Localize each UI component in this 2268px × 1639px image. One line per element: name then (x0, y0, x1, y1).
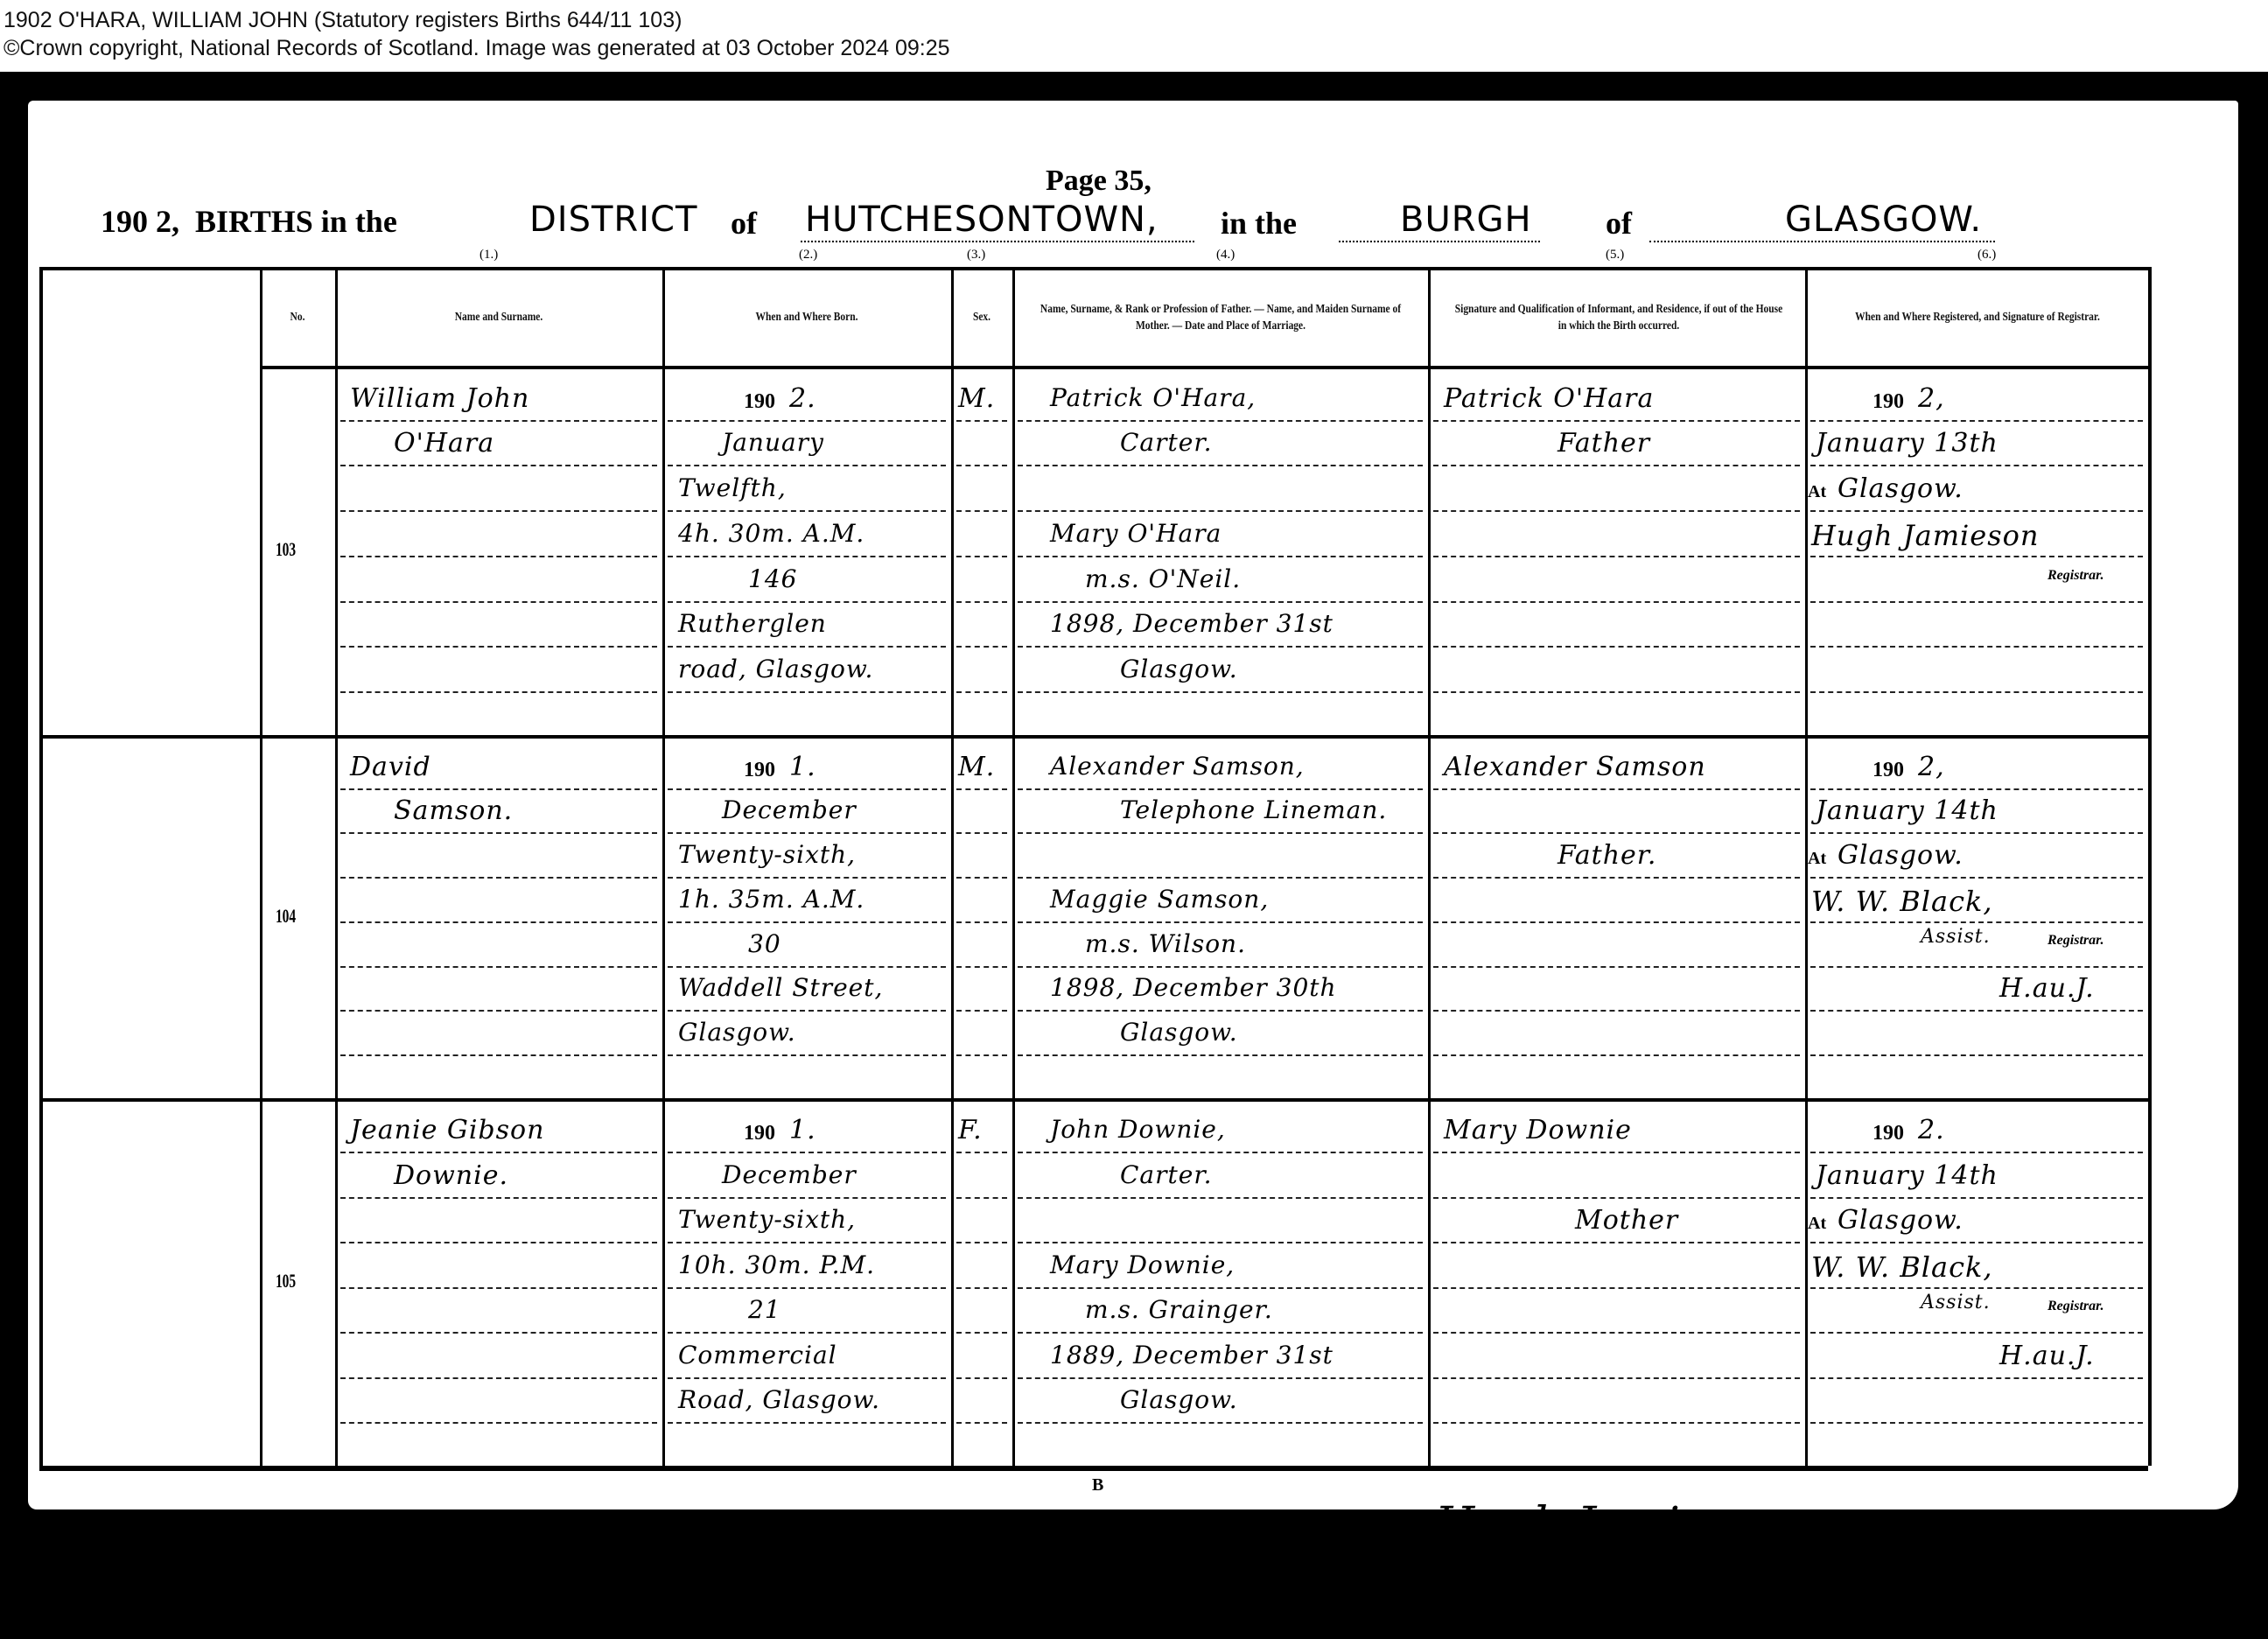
registrar-role: Registrar. (2047, 1299, 2103, 1314)
colnum-5: (5.) (1606, 248, 1624, 263)
ruled-line (1018, 556, 1423, 557)
informant-signature: Patrick O'Hara (1444, 383, 1654, 414)
parent-detail: m.s. Wilson. (1085, 929, 1246, 958)
ruled-line (340, 1242, 657, 1243)
registered-date: January 13th (1816, 428, 1998, 459)
parent-detail: Alexander Samson, (1050, 752, 1305, 781)
ruled-line (1433, 832, 1800, 834)
birth-detail: January (722, 428, 824, 457)
ruled-line (668, 832, 946, 834)
ruled-line (340, 420, 657, 422)
burgh-name: GLASGOW. (1785, 200, 1982, 240)
registered-at-label: At (1808, 482, 1826, 502)
ruled-line (1433, 966, 1800, 968)
footer-mark: B (1092, 1475, 1103, 1495)
ruled-line (1810, 1010, 2143, 1012)
ruled-line (1433, 1332, 1800, 1334)
ruled-line (340, 465, 657, 466)
child-name: Downie. (394, 1160, 508, 1191)
ruled-line (1018, 1377, 1423, 1379)
registrar-label: Registrar. (1969, 1518, 2040, 1538)
registered-year-printed: 190 (1872, 390, 1904, 414)
table-top-rule (39, 267, 2148, 270)
column-rule (1428, 267, 1431, 1466)
registered-year-printed: 190 (1872, 759, 1904, 782)
registrar-signature: W. W. Black, (1811, 1250, 1993, 1284)
parent-detail: John Downie, (1050, 1115, 1226, 1144)
ruled-line (956, 601, 1007, 603)
ruled-line (668, 1377, 946, 1379)
registrar-signature: Hugh Jamieson, (1435, 1498, 1802, 1551)
ruled-line (1433, 1242, 1800, 1243)
sex: F. (958, 1115, 983, 1145)
ruled-line (340, 832, 657, 834)
informant-signature: Mary Downie (1444, 1115, 1632, 1145)
ruled-line (1433, 556, 1800, 557)
ruled-line (1018, 1332, 1423, 1334)
ruled-line (1810, 788, 2143, 790)
header-sex: Sex. (956, 271, 1006, 363)
birth-detail: road, Glasgow. (678, 655, 873, 683)
informant-signature: Alexander Samson (1444, 752, 1706, 782)
column-rule (335, 267, 338, 1466)
ruled-line (956, 691, 1007, 693)
ruled-line (1810, 877, 2143, 879)
colnum-1: (1.) (479, 248, 498, 263)
ruled-line (668, 1054, 946, 1056)
ruled-line (1810, 1242, 2143, 1243)
column-rule (260, 267, 262, 1466)
entry-number: 105 (276, 1270, 296, 1292)
ruled-line (1433, 1010, 1800, 1012)
ruled-line (668, 1422, 946, 1424)
ruled-line (340, 788, 657, 790)
ruled-line (1018, 1197, 1423, 1199)
parent-detail: Patrick O'Hara, (1050, 383, 1256, 412)
ruled-line (1433, 601, 1800, 603)
birth-year-written: 2. (789, 383, 816, 414)
informant-qualification: Mother (1575, 1205, 1678, 1236)
birth-year-written: 1. (789, 752, 816, 782)
ruled-line (956, 1332, 1007, 1334)
parent-detail: Glasgow. (1120, 655, 1238, 683)
registrar-signature: Hugh Jamieson (1811, 519, 2040, 552)
column-rule (951, 267, 954, 1466)
ruled-line (956, 1422, 1007, 1424)
page-number: Page 35, (1046, 165, 1151, 198)
child-name: Samson. (394, 795, 513, 826)
ruled-line (956, 420, 1007, 422)
child-name: David (350, 752, 431, 782)
ruled-line (1810, 921, 2143, 923)
registered-year-printed: 190 (1872, 1122, 1904, 1145)
birth-detail: Rutherglen (678, 609, 827, 638)
birth-detail: Twenty-sixth, (678, 840, 856, 869)
registered-year-written: 2, (1918, 383, 1945, 414)
parent-detail: Glasgow. (1120, 1018, 1238, 1047)
registered-date: January 14th (1816, 795, 1998, 826)
registered-year-written: 2. (1918, 1115, 1945, 1145)
ruled-line (956, 556, 1007, 557)
registrar-initials: H.au.J. (1999, 973, 2095, 1004)
header-registered: When and Where Registered, and Signature… (1834, 271, 2121, 363)
birth-year-written: 1. (789, 1115, 816, 1145)
parent-detail: Carter. (1120, 428, 1213, 457)
row-divider (39, 735, 2148, 739)
ruled-line (340, 1332, 657, 1334)
registrar-role: Registrar. (2047, 568, 2103, 584)
ruled-line (340, 1422, 657, 1424)
district-name: HUTCHESONTOWN, (805, 200, 1158, 240)
parent-detail: Mary O'Hara (1050, 519, 1221, 548)
ruled-line (1810, 556, 2143, 557)
ruled-line (1810, 1377, 2143, 1379)
ruled-line (956, 646, 1007, 648)
in-the-label: in the (1221, 205, 1297, 242)
ruled-line (1018, 788, 1423, 790)
ruled-line (956, 1287, 1007, 1289)
registered-year-written: 2, (1918, 752, 1945, 782)
ruled-line (956, 788, 1007, 790)
ruled-line (340, 921, 657, 923)
ruled-line (340, 1152, 657, 1153)
parent-detail: Telephone Lineman. (1120, 795, 1387, 824)
ruled-line (1018, 832, 1423, 834)
birth-detail: 21 (748, 1295, 781, 1324)
informant-qualification: Father (1557, 428, 1650, 459)
ruled-line (668, 1197, 946, 1199)
ruled-line (668, 420, 946, 422)
ruled-line (668, 966, 946, 968)
entry-number: 103 (276, 538, 296, 561)
ruled-line (340, 877, 657, 879)
ruled-line (1018, 465, 1423, 466)
ruled-line (668, 1287, 946, 1289)
ruled-line (668, 1152, 946, 1153)
birth-year-printed: 190 (744, 1122, 775, 1145)
ruled-line (1810, 1332, 2143, 1334)
ruled-line (668, 1010, 946, 1012)
ruled-line (1810, 465, 2143, 466)
header-no: No. (267, 271, 329, 363)
ruled-line (668, 788, 946, 790)
birth-detail: Twenty-sixth, (678, 1205, 856, 1234)
ruled-line (956, 832, 1007, 834)
birth-detail: 30 (748, 929, 781, 958)
ruled-line (1433, 1422, 1800, 1424)
registrar-role-written: Assist. (1921, 1292, 1991, 1313)
ruled-line (340, 1377, 657, 1379)
column-rule (2148, 267, 2152, 1466)
of-label-2: of (1606, 205, 1632, 242)
ruled-line (340, 601, 657, 603)
row-divider (39, 1098, 2148, 1102)
ruled-line (340, 691, 657, 693)
ruled-line (1433, 921, 1800, 923)
parent-detail: 1889, December 31st (1050, 1341, 1333, 1369)
birth-detail: Road, Glasgow. (678, 1385, 880, 1414)
ruled-line (668, 646, 946, 648)
colnum-6: (6.) (1977, 248, 1996, 263)
ruled-line (668, 1242, 946, 1243)
registrar-initials: H.au.J. (1999, 1341, 2095, 1371)
birth-year-printed: 190 (744, 759, 775, 782)
parent-detail: m.s. O'Neil. (1085, 564, 1241, 593)
ruled-line (1810, 1197, 2143, 1199)
ruled-line (1018, 966, 1423, 968)
ruled-line (956, 877, 1007, 879)
sex: M. (958, 383, 995, 414)
header-born: When and Where Born. (689, 271, 926, 363)
ruled-line (1018, 877, 1423, 879)
ruled-line (668, 877, 946, 879)
district-underline (801, 241, 1194, 242)
ruled-line (1433, 1152, 1800, 1153)
ruled-line (956, 1010, 1007, 1012)
ruled-line (668, 556, 946, 557)
registered-date: January 14th (1816, 1160, 1998, 1191)
ruled-line (1018, 1422, 1423, 1424)
ruled-line (956, 1377, 1007, 1379)
ruled-line (956, 510, 1007, 512)
parent-detail: 1898, December 31st (1050, 609, 1333, 638)
sex: M. (958, 752, 995, 782)
burgh-name-underline (1649, 241, 1995, 242)
colnum-4: (4.) (1216, 248, 1235, 263)
informant-qualification: Father. (1557, 840, 1656, 871)
ruled-line (1433, 1054, 1800, 1056)
ruled-line (668, 465, 946, 466)
burgh-label: BURGH (1400, 200, 1532, 240)
registrar-role: Registrar. (2047, 933, 2103, 949)
ruled-line (668, 510, 946, 512)
ruled-line (956, 966, 1007, 968)
header-name: Name and Surname. (365, 271, 633, 363)
colnum-3: (3.) (967, 248, 985, 263)
ruled-line (1433, 1377, 1800, 1379)
birth-detail: December (722, 1160, 857, 1189)
child-name: Jeanie Gibson (350, 1115, 544, 1145)
ruled-line (1433, 788, 1800, 790)
ruled-line (1018, 1054, 1423, 1056)
ruled-line (340, 1287, 657, 1289)
ruled-line (1018, 1010, 1423, 1012)
ruled-line (340, 556, 657, 557)
ruled-line (340, 1010, 657, 1012)
child-name: O'Hara (394, 428, 494, 459)
burgh-underline (1339, 241, 1540, 242)
column-rule (662, 267, 665, 1466)
ruled-line (1810, 646, 2143, 648)
ruled-line (1810, 832, 2143, 834)
ruled-line (1018, 1242, 1423, 1243)
ruled-line (1433, 510, 1800, 512)
parent-detail: Glasgow. (1120, 1385, 1238, 1414)
column-rule (1012, 267, 1015, 1466)
header-informant: Signature and Qualification of Informant… (1453, 271, 1783, 363)
ruled-line (1018, 1287, 1423, 1289)
column-rule (39, 267, 43, 1466)
ruled-line (1018, 691, 1423, 693)
ruled-line (1810, 1422, 2143, 1424)
ruled-line (1018, 510, 1423, 512)
birth-year-printed: 190 (744, 390, 775, 414)
birth-detail: December (722, 795, 857, 824)
colnum-2: (2.) (799, 248, 817, 263)
registered-place: Glasgow. (1837, 1205, 1963, 1236)
ruled-line (340, 510, 657, 512)
ruled-line (340, 1197, 657, 1199)
table-bottom-rule (39, 1466, 2148, 1471)
ruled-line (1810, 510, 2143, 512)
registrar-role-written: Assist. (1921, 926, 1991, 948)
birth-detail: Glasgow. (678, 1018, 796, 1047)
register-year: 190 2, BIRTHS in the (101, 203, 397, 240)
parent-detail: Mary Downie, (1050, 1250, 1235, 1279)
ruled-line (1018, 601, 1423, 603)
ruled-line (956, 1242, 1007, 1243)
parent-detail: 1898, December 30th (1050, 973, 1337, 1002)
ruled-line (956, 1054, 1007, 1056)
ruled-line (1433, 646, 1800, 648)
record-title: 1902 O'HARA, WILLIAM JOHN (Statutory reg… (3, 7, 682, 33)
copyright-notice: ©Crown copyright, National Records of Sc… (3, 35, 950, 61)
ruled-line (1433, 420, 1800, 422)
registered-place: Glasgow. (1837, 473, 1963, 504)
header-parents: Name, Surname, & Rank or Profession of F… (1038, 271, 1403, 363)
birth-detail: 10h. 30m. P.M. (678, 1250, 875, 1279)
ruled-line (1810, 1054, 2143, 1056)
ruled-line (340, 966, 657, 968)
ruled-line (1810, 1152, 2143, 1153)
ruled-line (956, 1197, 1007, 1199)
ruled-line (340, 1054, 657, 1056)
parent-detail: Maggie Samson, (1050, 885, 1269, 914)
parent-detail: m.s. Grainger. (1085, 1295, 1273, 1324)
birth-detail: 146 (748, 564, 797, 593)
ruled-line (1810, 601, 2143, 603)
ruled-line (668, 1332, 946, 1334)
birth-detail: Commercial (678, 1341, 837, 1369)
registered-at-label: At (1808, 849, 1826, 869)
registrar-signature: W. W. Black, (1811, 885, 1993, 918)
of-label-1: of (731, 205, 757, 242)
child-name: William John (350, 383, 529, 414)
registered-place: Glasgow. (1837, 840, 1963, 871)
district-label: DISTRICT (529, 200, 697, 240)
ruled-line (1810, 1287, 2143, 1289)
ruled-line (956, 921, 1007, 923)
ruled-line (668, 921, 946, 923)
ruled-line (1810, 966, 2143, 968)
ruled-line (1018, 646, 1423, 648)
ruled-line (1433, 691, 1800, 693)
ruled-line (1433, 1287, 1800, 1289)
ruled-line (1433, 877, 1800, 879)
registered-at-label: At (1808, 1214, 1826, 1234)
ruled-line (1018, 1152, 1423, 1153)
ruled-line (340, 646, 657, 648)
ruled-line (1810, 691, 2143, 693)
ruled-line (1433, 465, 1800, 466)
header-bottom-rule (260, 366, 2148, 369)
ruled-line (1810, 420, 2143, 422)
birth-detail: Waddell Street, (678, 973, 883, 1002)
birth-detail: 4h. 30m. A.M. (678, 519, 864, 548)
ruled-line (668, 691, 946, 693)
ruled-line (1018, 420, 1423, 422)
entry-number: 104 (276, 905, 296, 928)
ruled-line (956, 1152, 1007, 1153)
birth-detail: 1h. 35m. A.M. (678, 885, 864, 914)
ruled-line (956, 465, 1007, 466)
ruled-line (1433, 1197, 1800, 1199)
parent-detail: Carter. (1120, 1160, 1213, 1189)
ruled-line (1018, 921, 1423, 923)
ruled-line (668, 601, 946, 603)
birth-detail: Twelfth, (678, 473, 787, 502)
